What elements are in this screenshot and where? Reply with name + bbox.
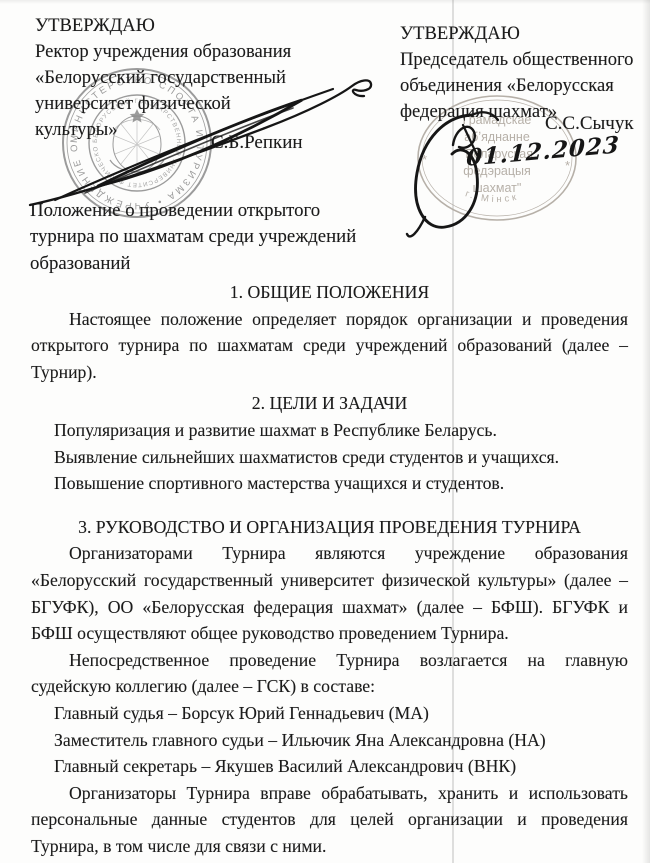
- list-item: Заместитель главного судьи – Ильючик Яна…: [31, 727, 628, 754]
- title-line: образований: [30, 251, 420, 277]
- chairman-signature: [405, 103, 620, 253]
- list-item: Популяризация и развитие шахмат в Респуб…: [31, 417, 628, 444]
- section-heading-1: 1. ОБЩИЕ ПОЛОЖЕНИЯ: [31, 279, 628, 306]
- document-page: МИНИСТЕРСТВО СПОРТА И ТУРИЗМА • УЧРЕЖДЕН…: [0, 0, 650, 863]
- paragraph: Организаторы Турнира вправе обрабатывать…: [31, 780, 628, 860]
- scan-edge-shadow-right: [642, 0, 650, 863]
- list-item: Повышение спортивного мастерства учащихс…: [31, 470, 628, 497]
- paragraph: Настоящее положение определяет порядок о…: [31, 306, 628, 386]
- paragraph: Непосредственное проведение Турнира возл…: [31, 647, 628, 700]
- approval-line: Председатель общественного: [400, 47, 650, 73]
- list-item: Главный судья – Борсук Юрий Геннадьевич …: [31, 700, 628, 727]
- document-body: 1. ОБЩИЕ ПОЛОЖЕНИЯ Настоящее положение о…: [31, 279, 628, 859]
- section-heading-3: 3. РУКОВОДСТВО И ОРГАНИЗАЦИЯ ПРОВЕДЕНИЯ …: [31, 514, 628, 541]
- list-item: Главный секретарь – Якушев Василий Алекс…: [31, 753, 628, 780]
- paragraph: Организаторами Турнира являются учрежден…: [31, 540, 628, 646]
- list-item: Выявление сильнейших шахматистов среди с…: [31, 444, 628, 471]
- title-line: турнира по шахматам среди учреждений: [30, 224, 420, 250]
- scan-edge-shadow-top: [0, 0, 650, 4]
- rector-signature: [15, 53, 400, 223]
- approval-label: УТВЕРЖДАЮ: [400, 21, 650, 47]
- section-heading-2: 2. ЦЕЛИ И ЗАДАЧИ: [31, 390, 628, 417]
- approval-line: объединения «Белорусская: [400, 73, 650, 99]
- approval-label: УТВЕРЖДАЮ: [35, 13, 400, 39]
